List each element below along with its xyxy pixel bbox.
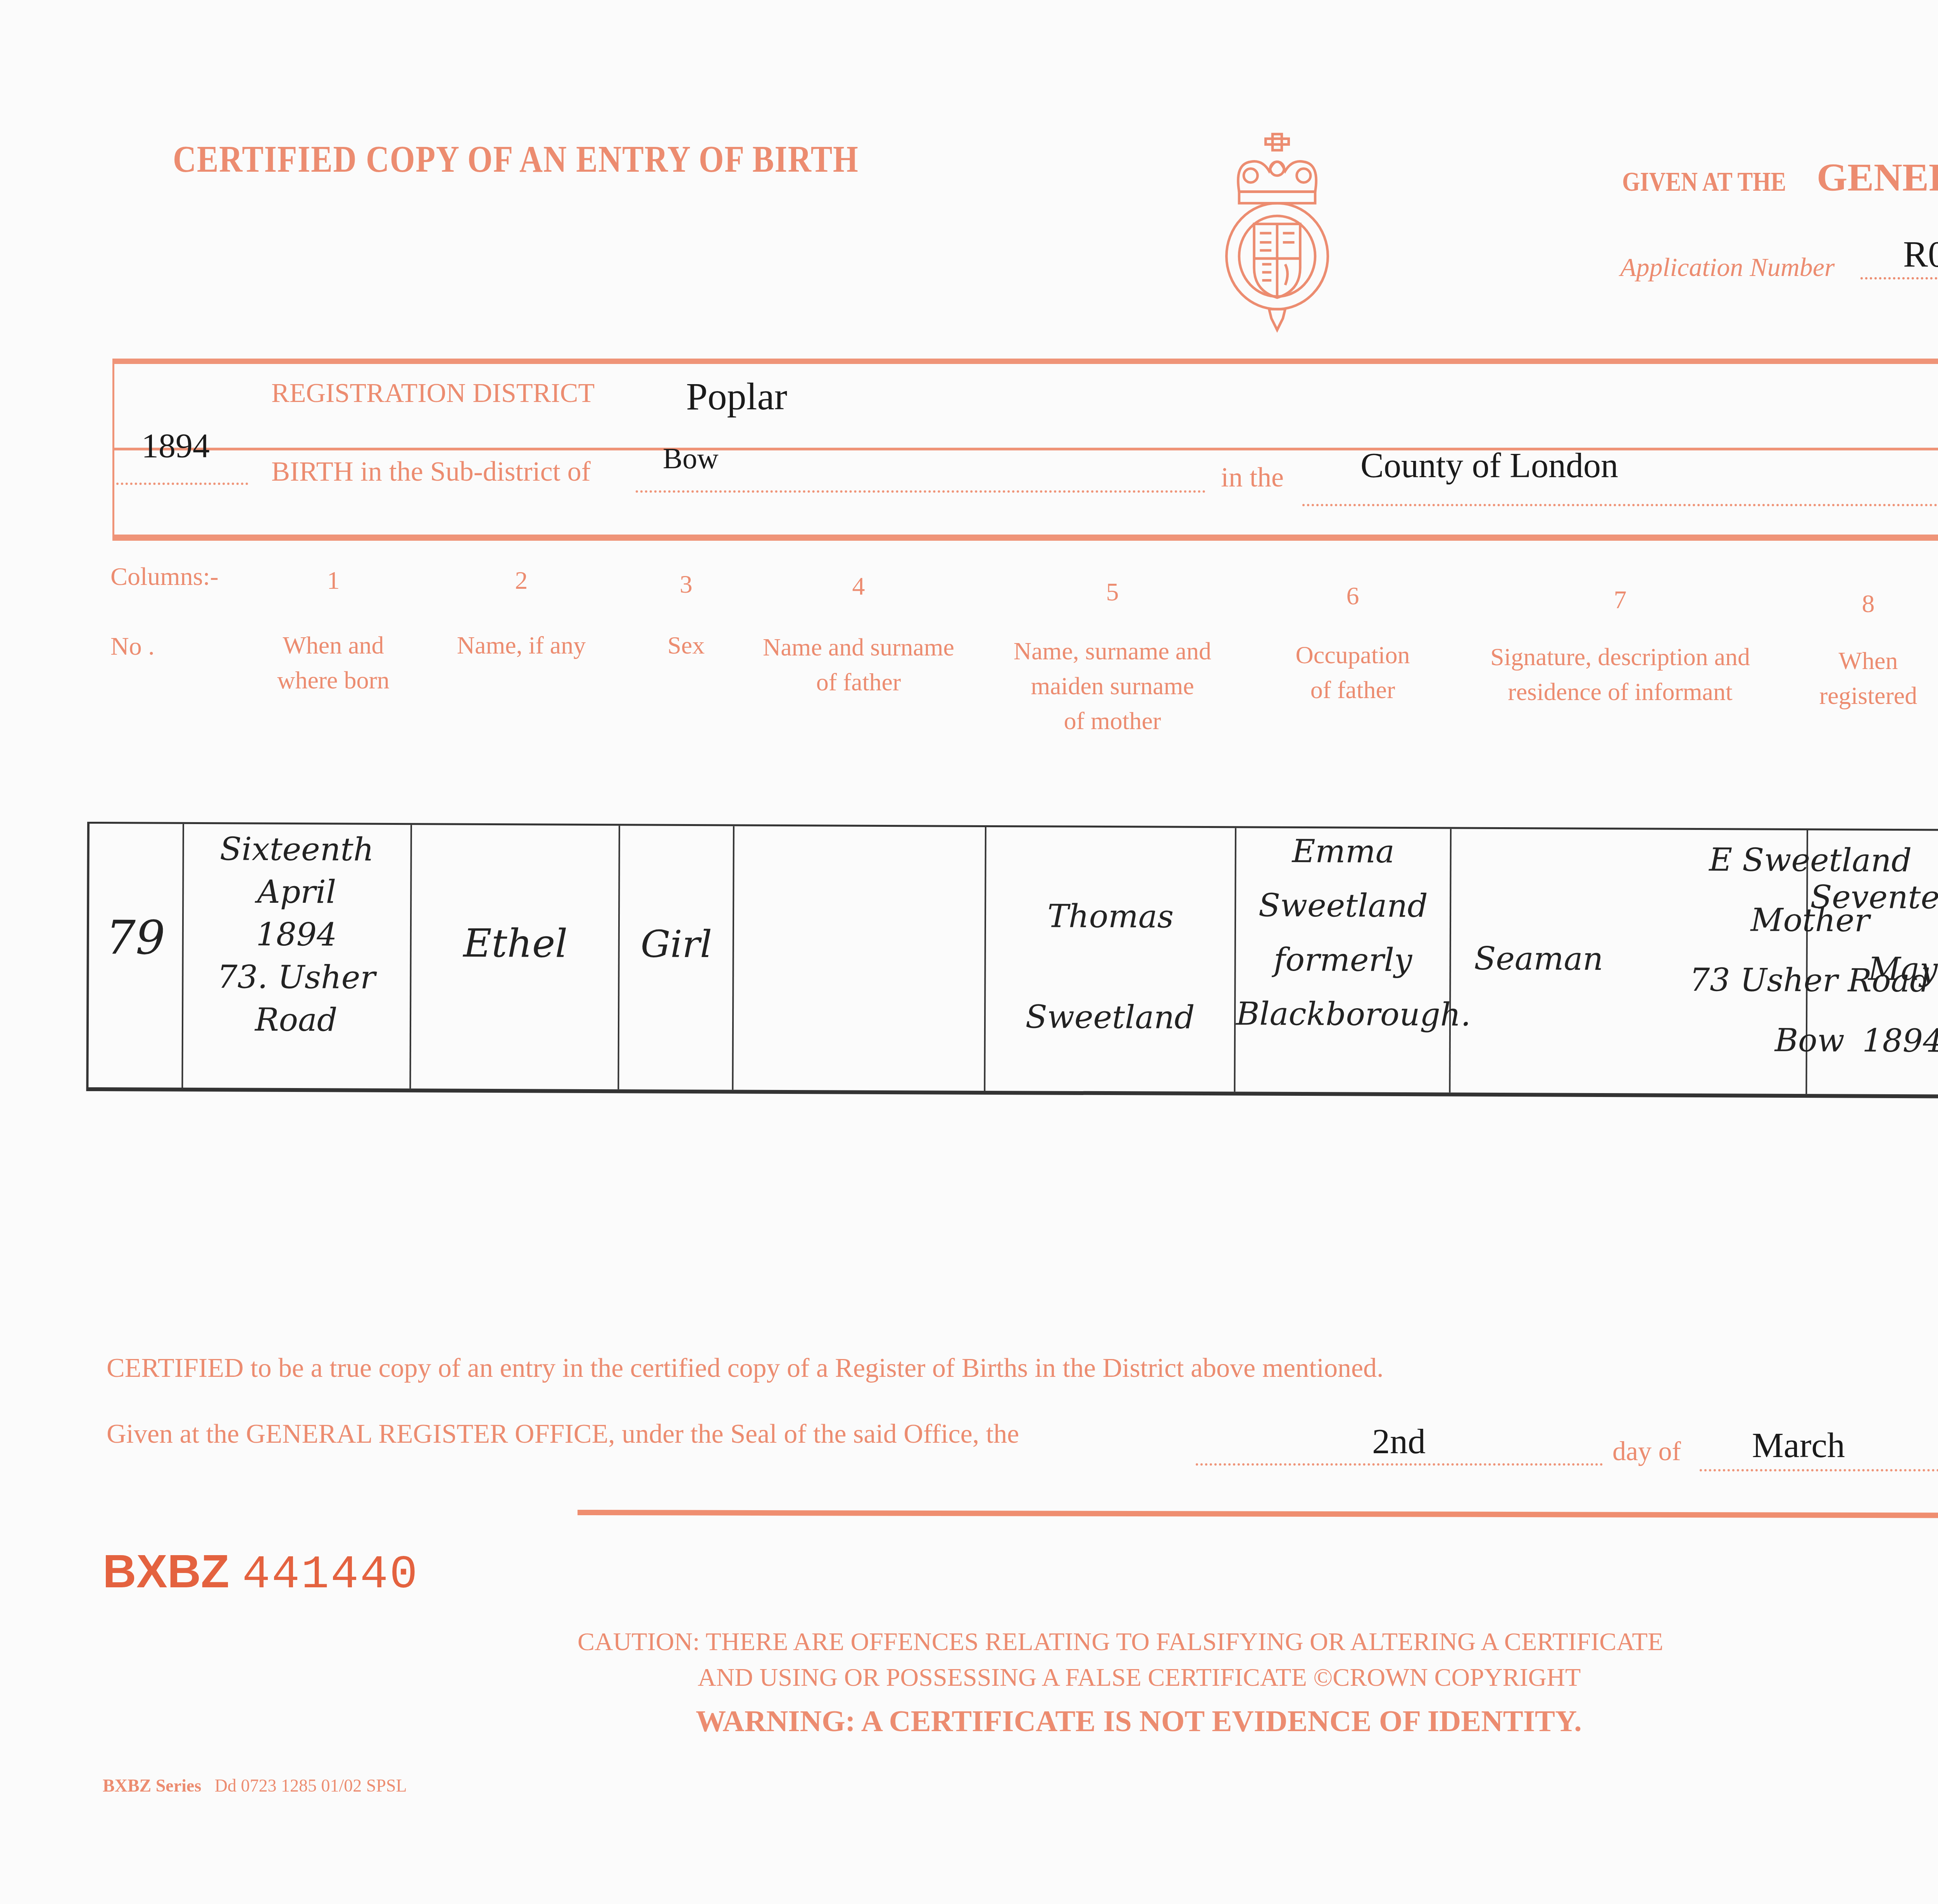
entry-name: Ethel	[415, 922, 616, 965]
column-heading-6: Occupationof father	[1221, 638, 1485, 707]
column-heading-5: Name, surname andmaiden surnameof mother	[981, 634, 1244, 738]
column-heading-7: Signature, description andresidence of i…	[1488, 640, 1752, 709]
application-number-label: Application Number	[1620, 252, 1835, 283]
month-dotted-line	[1700, 1469, 1938, 1471]
entry-father: ThomasSweetland	[988, 866, 1233, 1068]
column-number-1: 1	[310, 566, 357, 595]
birth-entry-row: 79 SixteenthApril189473. UsherRoad Ethel…	[86, 822, 1938, 1100]
certificate-title-text: CERTIFIED COPY OF AN ENTRY OF BIRTH	[173, 138, 859, 180]
column-number-2: 2	[498, 566, 545, 595]
form-footer-code: BXBZ Series Dd 0723 1285 01/02 SPSL	[103, 1775, 407, 1796]
print-codes: Dd 0723 1285 01/02 SPSL	[215, 1776, 407, 1795]
certification-rule	[578, 1510, 1938, 1519]
caution-notice: CAUTION: THERE ARE OFFENCES RELATING TO …	[578, 1624, 1663, 1695]
in-the-label: in the	[1221, 461, 1284, 493]
column-number-6: 6	[1329, 581, 1376, 611]
registration-district-label: REGISTRATION DISTRICT	[271, 378, 595, 409]
registration-district-value: Poplar	[686, 374, 787, 419]
entry-when-registered: SeventeenthMay1894	[1810, 861, 1938, 1077]
year-dotted-line	[116, 483, 248, 485]
certificate-serial-number: BXBZ 441440	[103, 1545, 419, 1602]
subdistrict-dotted-line	[636, 490, 1205, 493]
entry-number: 79	[97, 917, 174, 960]
column-number-4: 4	[835, 572, 882, 601]
certificate-day: 2nd	[1372, 1421, 1426, 1462]
column-number-7: 7	[1597, 585, 1643, 615]
certification-statement: CERTIFIED to be a true copy of an entry …	[107, 1353, 1384, 1384]
column-divider	[409, 825, 412, 1088]
certificate-month: March	[1752, 1425, 1845, 1466]
series-code: BXBZ Series	[103, 1776, 201, 1795]
caution-line-2: AND USING OR POSSESSING A FALSE CERTIFIC…	[578, 1660, 1663, 1695]
column-divider	[181, 824, 184, 1088]
column-number-8: 8	[1845, 589, 1891, 619]
given-at-prefix: GIVEN AT THE	[1622, 167, 1786, 198]
caution-line-1: CAUTION: THERE ARE OFFENCES RELATING TO …	[578, 1624, 1663, 1660]
issuing-office-heading: GIVEN AT THE GENERAL REGISTER OFFICE	[1622, 155, 1938, 200]
application-number-value: R001450	[1903, 233, 1938, 276]
entry-mother: EmmaSweetlandformerlyBlackborough.	[1236, 824, 1450, 1042]
entry-sex: Girl	[620, 923, 733, 966]
office-name: GENERAL REGISTER OFFICE	[1817, 156, 1938, 200]
columns-label: Columns:-	[110, 562, 219, 592]
serial-number: 441440	[242, 1549, 419, 1602]
serial-prefix: BXBZ	[103, 1545, 229, 1597]
entry-when-where-born: SixteenthApril189473. UsherRoad	[186, 828, 407, 1042]
county-value: County of London	[1360, 446, 1618, 486]
column-heading-4: Name and surnameof father	[727, 630, 990, 700]
royal-crest-icon	[1213, 132, 1341, 333]
application-number-dotted-line	[1860, 277, 1938, 279]
subdistrict-value: Bow	[663, 442, 719, 476]
column-heading-9: Signature ofregistrar	[1922, 647, 1938, 717]
county-dotted-line	[1302, 504, 1938, 506]
identity-warning: WARNING: A CERTIFICATE IS NOT EVIDENCE O…	[696, 1704, 1582, 1738]
number-column-label: No .	[110, 632, 155, 661]
registration-year: 1894	[141, 426, 210, 466]
column-heading-8: Whenregistered	[1736, 643, 1938, 713]
day-dotted-line	[1196, 1463, 1603, 1466]
subdistrict-label: BIRTH in the Sub-district of	[271, 455, 591, 488]
column-number-5: 5	[1089, 578, 1136, 607]
column-number-3: 3	[663, 570, 709, 599]
entry-occupation: Seaman	[1449, 937, 1628, 981]
given-at-statement: Given at the GENERAL REGISTER OFFICE, un…	[107, 1419, 1019, 1450]
column-divider	[984, 827, 986, 1091]
certificate-title: CERTIFIED COPY OF AN ENTRY OF BIRTH	[173, 138, 859, 181]
day-of-label: day of	[1612, 1436, 1681, 1467]
registration-box-divider	[112, 448, 1938, 450]
